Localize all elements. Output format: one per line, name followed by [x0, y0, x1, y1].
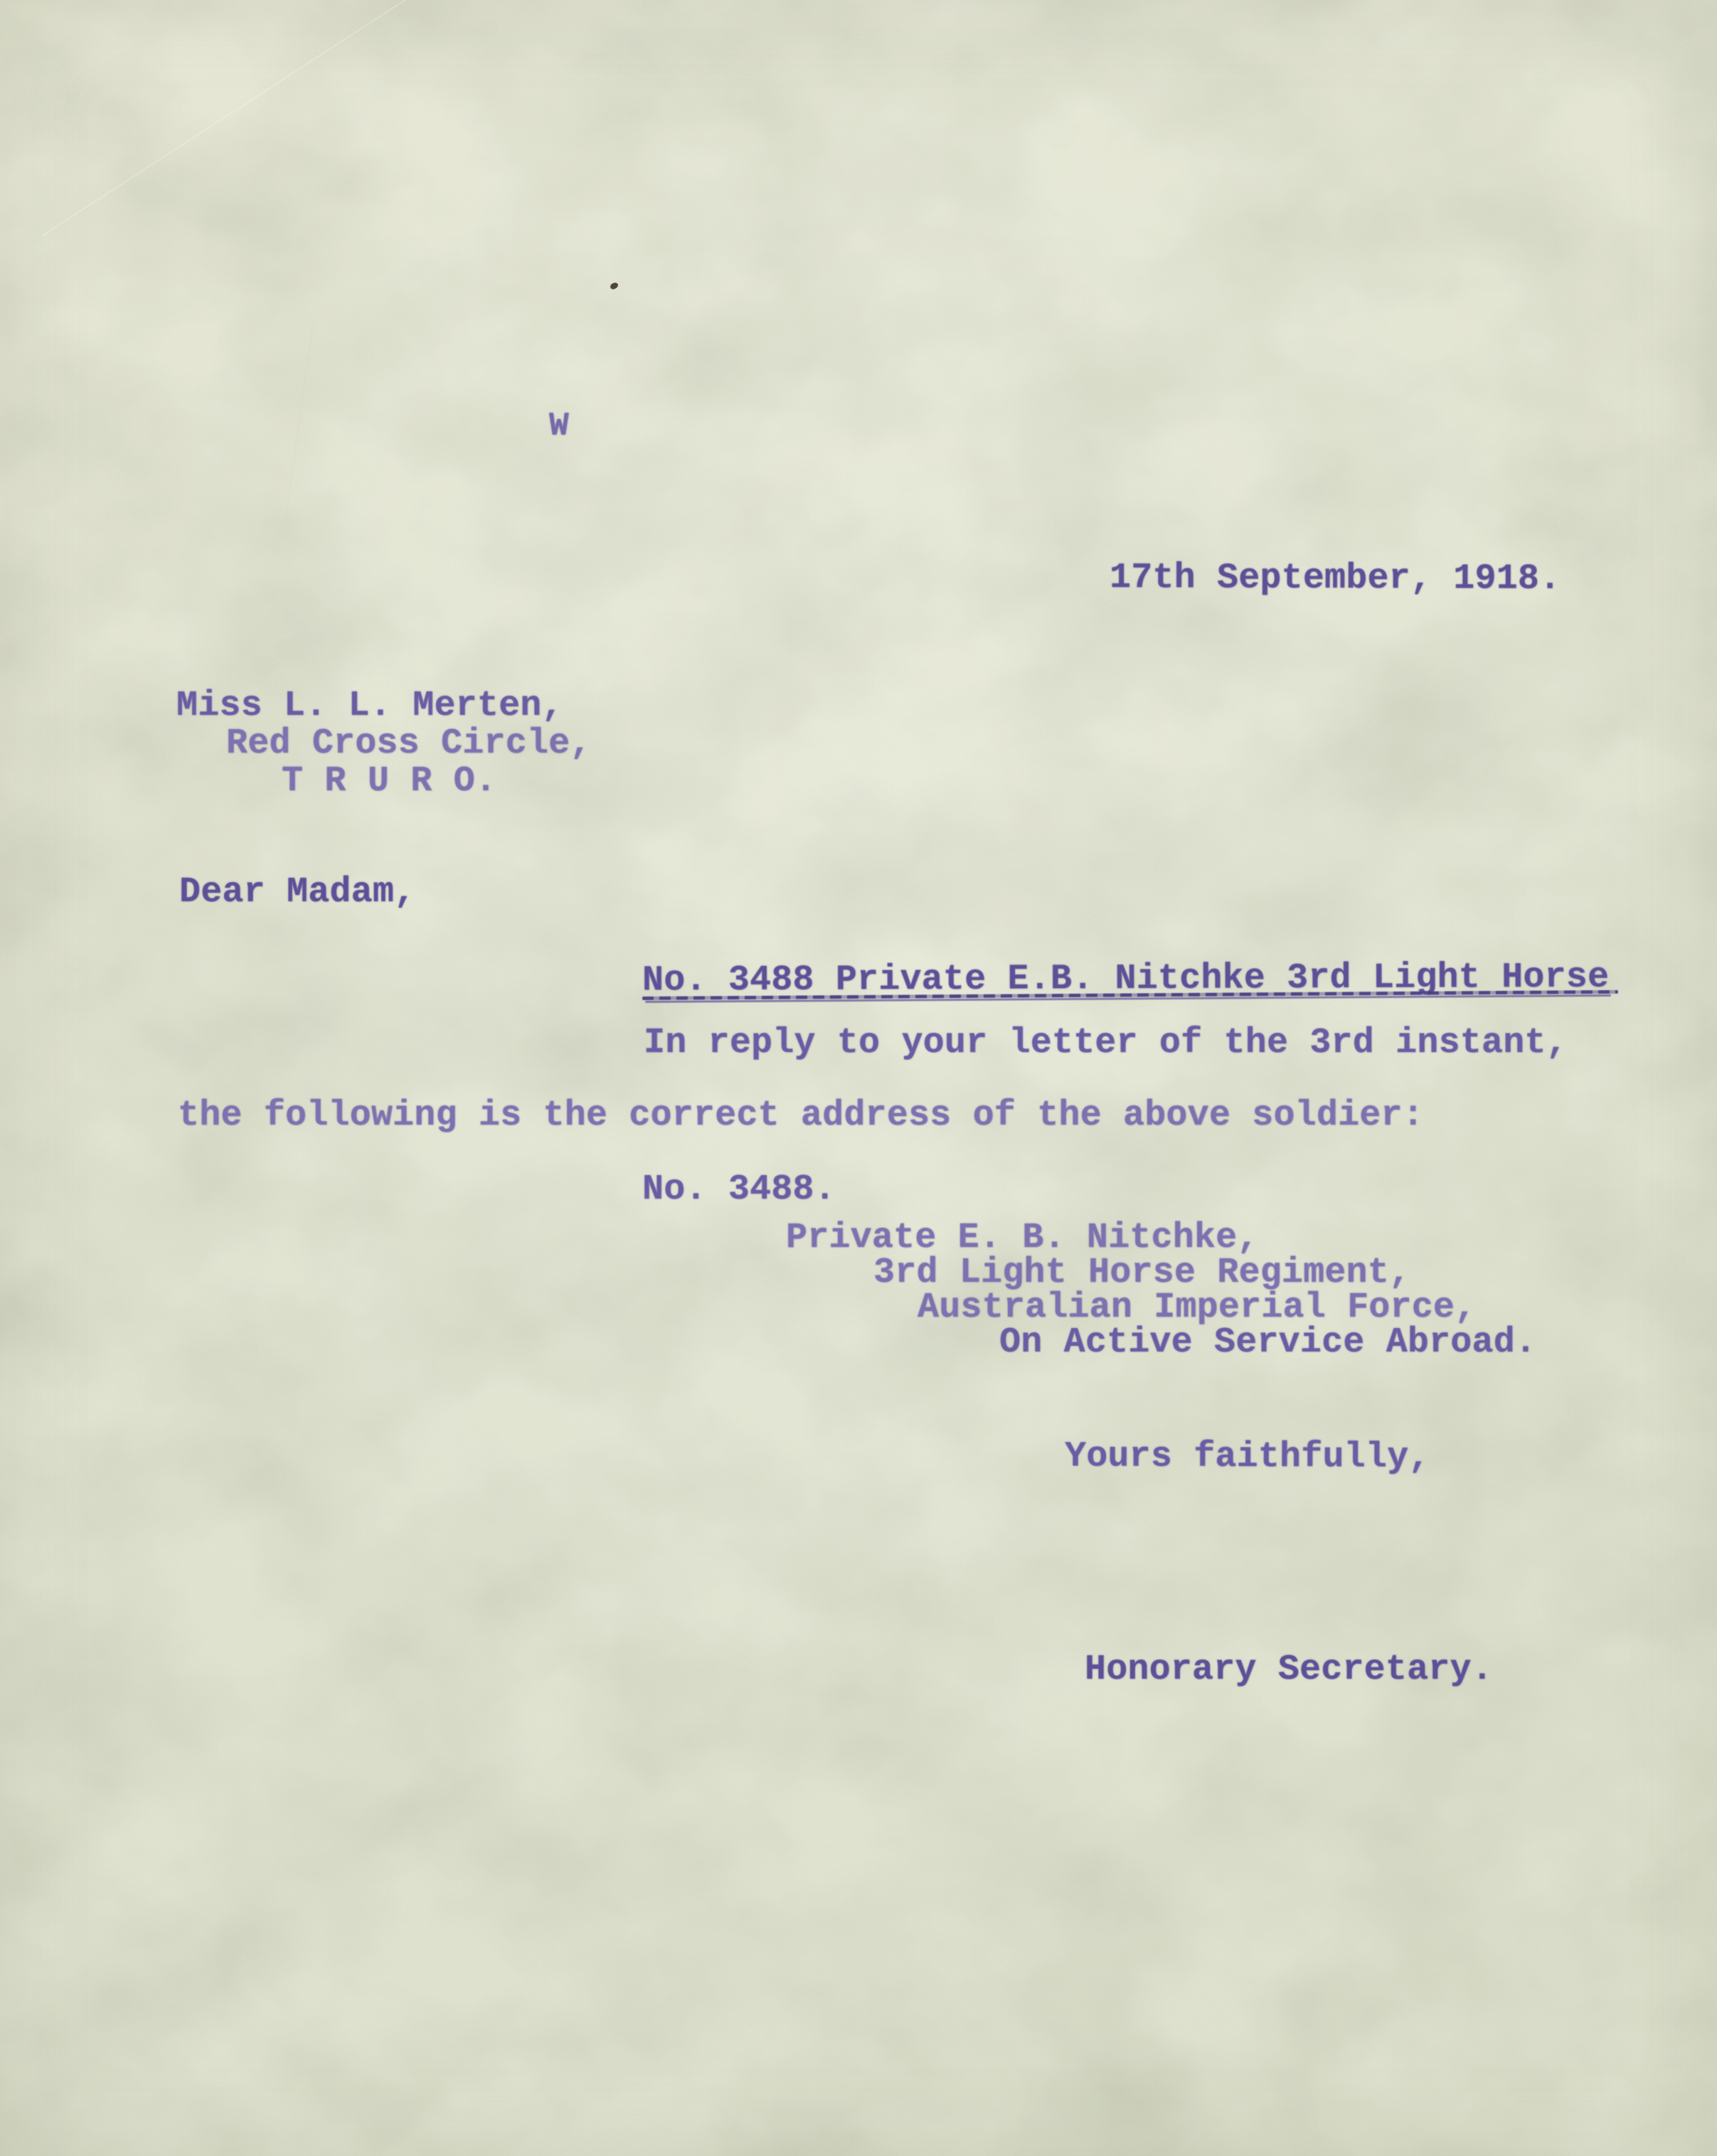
paper-crease	[42, 0, 425, 236]
recipient-org: Red Cross Circle,	[226, 725, 591, 763]
signature-title: Honorary Secretary.	[1085, 1651, 1493, 1689]
closing: Yours faithfully,	[1065, 1438, 1430, 1476]
body-line-2: the following is the correct address of …	[178, 1097, 1424, 1135]
check-mark-w: W	[549, 409, 569, 444]
soldier-name: Private E. B. Nitchke,	[786, 1219, 1259, 1257]
subject-line: No. 3488 Private E.B. Nitchke 3rd Light …	[642, 959, 1609, 1000]
soldier-service-status: On Active Service Abroad.	[999, 1324, 1536, 1361]
body-line-1: In reply to your letter of the 3rd insta…	[644, 1024, 1568, 1062]
ink-speck	[610, 282, 619, 290]
paper-texture	[0, 0, 1717, 2156]
soldier-number: No. 3488.	[642, 1171, 836, 1209]
paper-crease	[282, 324, 314, 536]
salutation: Dear Madam,	[179, 873, 415, 911]
date-line: 17th September, 1918.	[1110, 559, 1561, 598]
recipient-town: T R U R O.	[282, 763, 496, 800]
recipient-name: Miss L. L. Merten,	[176, 687, 563, 725]
soldier-force: Australian Imperial Force,	[918, 1289, 1476, 1327]
letter-page: W 17th September, 1918. Miss L. L. Merte…	[0, 0, 1717, 2156]
soldier-regiment: 3rd Light Horse Regiment,	[873, 1254, 1410, 1292]
